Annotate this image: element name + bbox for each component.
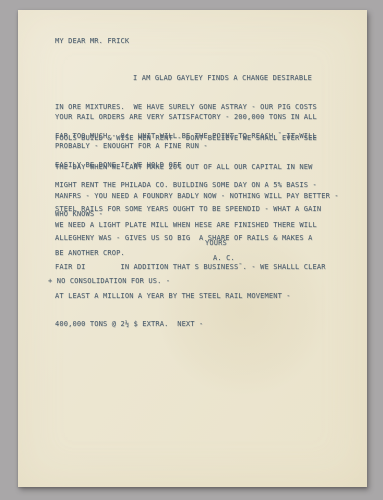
letter-paper: MY DEAR MR. FRICK I AM GLAD GAYLEY FINDS… <box>18 10 367 487</box>
closing: YOURS <box>205 239 227 249</box>
letter-line: AT LEAST A MILLION A YEAR BY THE STEEL R… <box>55 292 326 302</box>
letter-line: STEEL RAILS FOR SOME YEARS OUGHT TO BE S… <box>55 205 326 215</box>
letter-line: 400,000 TONS @ 2½ $ EXTRA. NEXT - <box>55 320 326 330</box>
photo-of-letter: MY DEAR MR. FRICK I AM GLAD GAYLEY FINDS… <box>0 0 383 500</box>
signature: A. C. <box>213 254 235 264</box>
letter-line: FAIR DI IN ADDITION THAT S BUSINESS¯. - … <box>55 263 326 273</box>
letter-line: FOOLS BUILD & WISE MEN RENT - DONT BELIE… <box>55 134 339 144</box>
letter-line: ALLEGHENY WAS - GIVES US SO BIG A SHARE … <box>55 234 326 244</box>
salutation: MY DEAR MR. FRICK <box>55 37 129 47</box>
postscript: + NO CONSOLIDATION FOR US. - <box>48 277 170 287</box>
letter-line: I AM GLAD GAYLEY FINDS A CHANGE DESIRABL… <box>133 74 317 84</box>
paragraph-5: STEEL RAILS FOR SOME YEARS OUGHT TO BE S… <box>55 186 326 349</box>
